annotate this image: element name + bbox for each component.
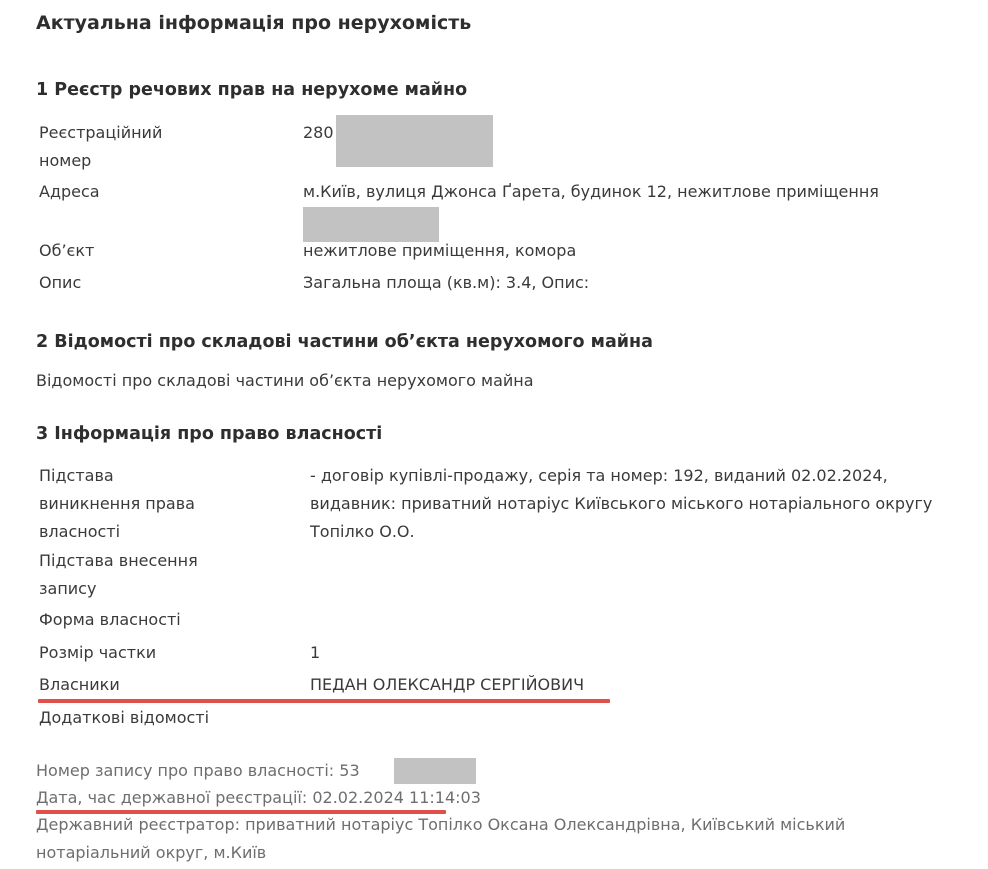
section-1-title: 1 Реєстр речових прав на нерухоме майно	[36, 80, 467, 100]
registration-datetime: Дата, час державної реєстрації: 02.02.20…	[36, 784, 956, 812]
value-description: Загальна площа (кв.м): 3.4, Опис:	[303, 269, 973, 297]
label-owners: Власники	[39, 671, 289, 699]
state-registrar: Державний реєстратор: приватний нотаріус…	[36, 811, 956, 867]
label-ownership-basis: Підстава виникнення права власності	[39, 462, 219, 546]
label-ownership-form: Форма власності	[39, 606, 289, 634]
label-address: Адреса	[39, 178, 289, 206]
label-share-size: Розмір частки	[39, 639, 289, 667]
label-record-basis: Підстава внесення запису	[39, 547, 219, 603]
redaction-block	[336, 115, 493, 167]
value-address: м.Київ, вулиця Джонса Ґарета, будинок 12…	[303, 178, 973, 206]
label-object: Об’єкт	[39, 237, 289, 265]
value-ownership-basis: - договір купівлі-продажу, серія та номе…	[310, 462, 970, 546]
record-number: Номер запису про право власності: 53	[36, 757, 956, 785]
value-owners: ПЕДАН ОЛЕКСАНДР СЕРГІЙОВИЧ	[310, 671, 980, 699]
redaction-block	[394, 758, 476, 784]
label-description: Опис	[39, 269, 289, 297]
value-share-size: 1	[310, 639, 980, 667]
value-object: нежитлове приміщення, комора	[303, 237, 973, 265]
document-title: Актуальна інформація про нерухомість	[36, 12, 471, 34]
section-3-title: 3 Інформація про право власності	[36, 424, 382, 444]
owner-highlight-underline	[38, 699, 610, 703]
section-2-title: 2 Відомості про складові частини об’єкта…	[36, 332, 653, 352]
section-2-text: Відомості про складові частини об’єкта н…	[36, 371, 534, 390]
label-additional-info: Додаткові відомості	[39, 704, 289, 732]
label-registration-number: Реєстраційний номер	[39, 119, 209, 175]
